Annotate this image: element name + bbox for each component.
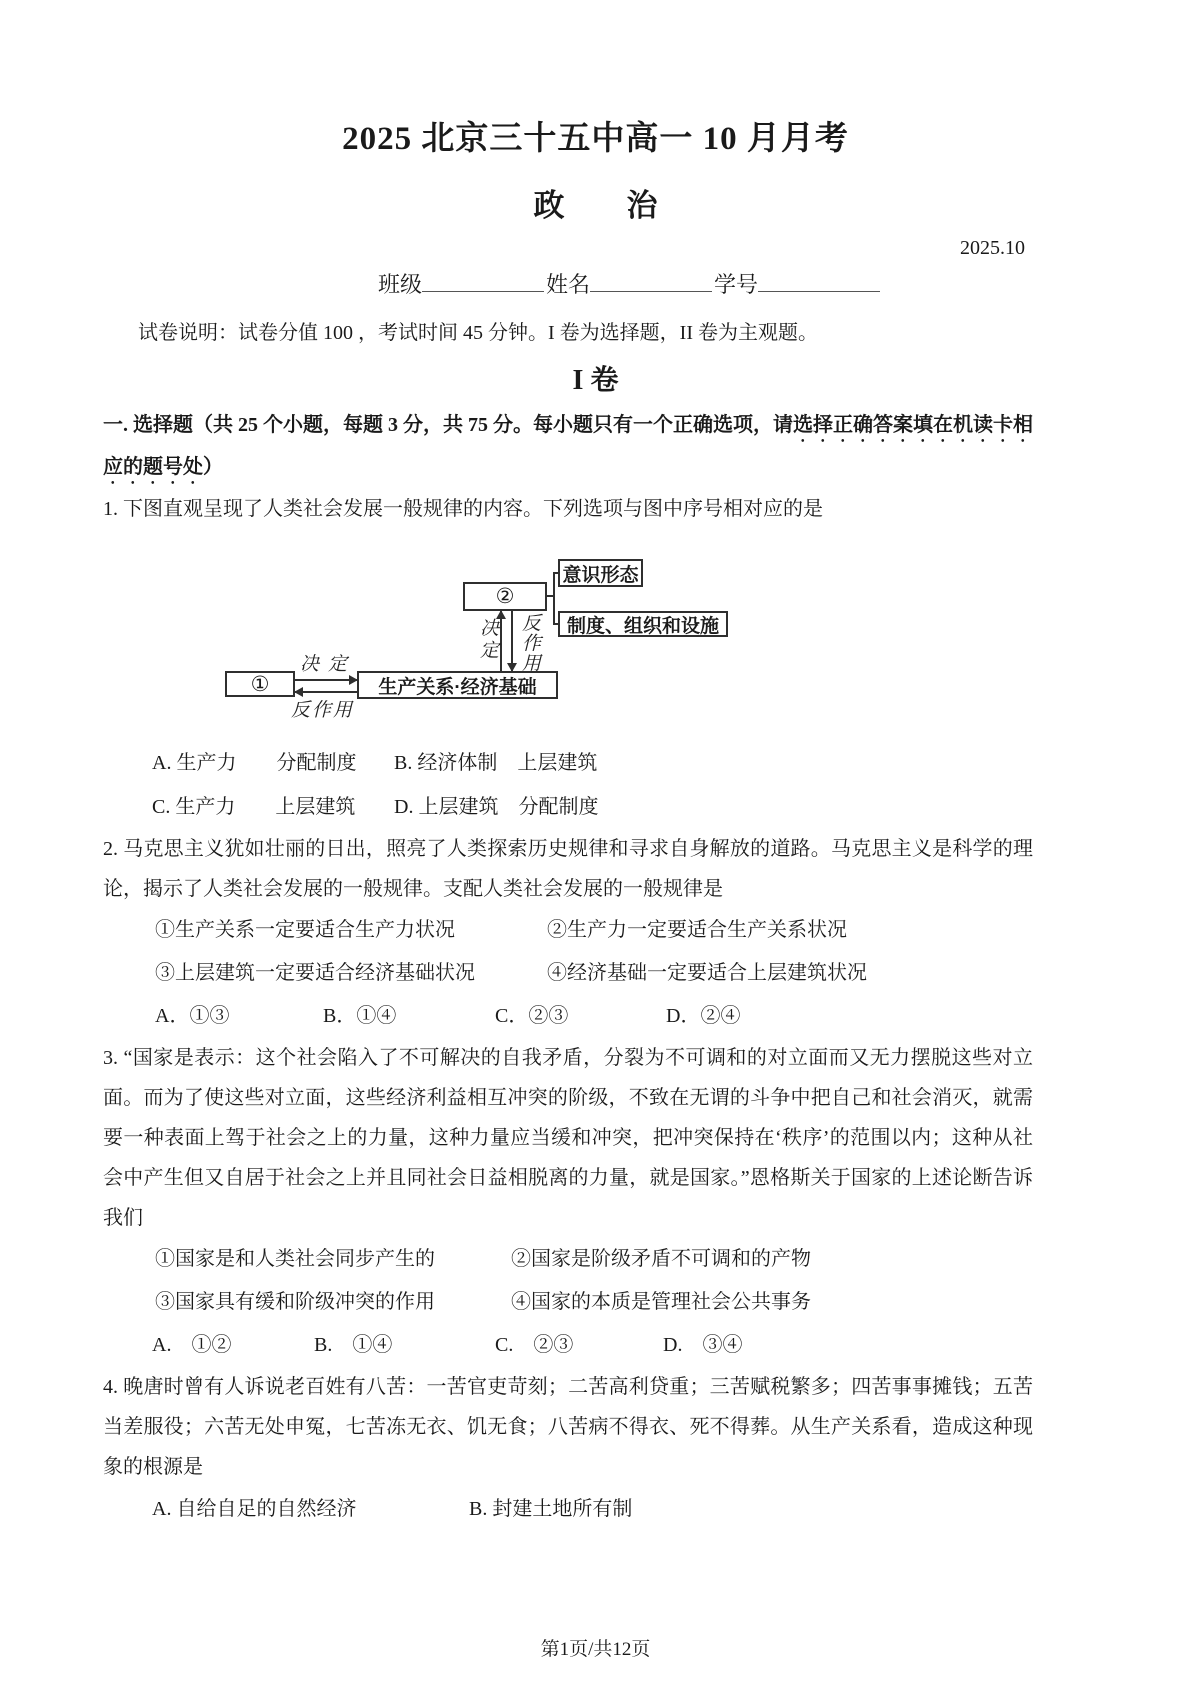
determine-label-horizontal: 决定 xyxy=(300,649,356,676)
name-blank[interactable] xyxy=(590,269,712,292)
question-2-statements-row-1: ①生产关系一定要适合生产力状况②生产力一定要适合生产关系状况 xyxy=(103,909,1033,952)
bracket-stub-top xyxy=(553,572,560,574)
q3-choice-c: C. ②③ xyxy=(495,1324,663,1367)
question-3-statements-row-2: ③国家具有缓和阶级冲突的作用④国家的本质是管理社会公共事务 xyxy=(103,1281,1033,1324)
diagram-node-economic-base: 生产关系·经济基础 xyxy=(357,671,558,699)
diagram-node-institutions: 制度、组织和设施 xyxy=(558,611,728,637)
id-label: 学号 xyxy=(714,268,758,299)
q3-choice-b: B. ①④ xyxy=(314,1324,495,1367)
q4-option-b: B. 封建土地所有制 xyxy=(469,1487,632,1531)
intro-text: 一. 选择题（共 25 个小题，每题 3 分，共 75 分。每小题只有一个正确选… xyxy=(103,414,793,436)
q3-statement-2: ②国家是阶级矛盾不可调和的产物 xyxy=(511,1238,811,1281)
q3-statement-1: ①国家是和人类社会同步产生的 xyxy=(155,1238,511,1281)
q1-option-c: C. 生产力 上层建筑 xyxy=(152,785,394,829)
class-blank[interactable] xyxy=(422,269,544,292)
counteract-down-arrow xyxy=(511,611,513,671)
question-2-stem: 2. 马克思主义犹如壮丽的日出，照亮了人类探索历史规律和寻求自身解放的道路。马克… xyxy=(103,829,1033,909)
exam-instructions: 试卷说明：试卷分值 100 ，考试时间 45 分钟。I 卷为选择题，II 卷为主… xyxy=(138,316,818,345)
exam-title: 2025 北京三十五中高一 10 月月考 xyxy=(0,112,1191,159)
question-2-choices: A．①③B．①④C．②③D．②④ xyxy=(103,995,1033,1038)
diagram-node-ideology: 意识形态 xyxy=(558,559,643,587)
q1-option-a: A. 生产力 分配制度 xyxy=(152,741,394,785)
intro-close-paren: ） xyxy=(203,456,223,478)
name-label: 姓名 xyxy=(546,268,590,299)
exam-subject: 政 治 xyxy=(0,180,1191,225)
question-1-options-row-1: A. 生产力 分配制度B. 经济体制 上层建筑 xyxy=(103,741,1033,785)
q2-choice-b: B．①④ xyxy=(323,995,495,1038)
exam-date: 2025.10 xyxy=(960,237,1025,260)
q3-choice-a: A. ①② xyxy=(152,1324,314,1367)
section1-intro: 一. 选择题（共 25 个小题，每题 3 分，共 75 分。每小题只有一个正确选… xyxy=(103,405,1033,489)
part1-heading: I 卷 xyxy=(0,358,1191,398)
counteract-label-vertical: 反作用 xyxy=(516,613,543,673)
q2-choice-c: C．②③ xyxy=(495,995,666,1038)
determine-label-vertical: 决定 xyxy=(474,618,501,662)
bracket-stub-bottom xyxy=(553,623,560,625)
q3-choice-d: D. ③④ xyxy=(663,1324,742,1367)
q2-choice-a: A．①③ xyxy=(155,995,323,1038)
counteract-left-arrow xyxy=(295,691,357,693)
diagram-node-circle-2: ② xyxy=(463,582,547,611)
question-1-options-row-2: C. 生产力 上层建筑D. 上层建筑 分配制度 xyxy=(103,785,1033,829)
exam-page: 2025 北京三十五中高一 10 月月考 政 治 2025.10 班级姓名学号 … xyxy=(0,0,1191,1684)
q4-option-a: A. 自给自足的自然经济 xyxy=(152,1487,469,1531)
question-4-stem: 4. 晚唐时曾有人诉说老百姓有八苦：一苦官吏苛刻；二苦高利贷重；三苦赋税繁多；四… xyxy=(103,1367,1033,1487)
question-3-statements-row-1: ①国家是和人类社会同步产生的②国家是阶级矛盾不可调和的产物 xyxy=(103,1238,1033,1281)
student-info-row: 班级姓名学号 xyxy=(378,268,882,299)
bracket-vertical-line xyxy=(553,572,555,625)
q2-statement-4: ④经济基础一定要适合上层建筑状况 xyxy=(547,952,867,995)
q2-statement-3: ③上层建筑一定要适合经济基础状况 xyxy=(155,952,547,995)
q3-statement-4: ④国家的本质是管理社会公共事务 xyxy=(511,1281,811,1324)
question-1-stem: 1. 下图直观呈现了人类社会发展一般规律的内容。下列选项与图中序号相对应的是 xyxy=(103,489,1033,529)
question-3-choices: A. ①②B. ①④C. ②③D. ③④ xyxy=(103,1324,1033,1367)
question-1-diagram: ① 生产关系·经济基础 ② 意识形态 制度、组织和设施 决定 反作用 决定 反作… xyxy=(103,529,1033,741)
q1-option-b: B. 经济体制 上层建筑 xyxy=(394,741,597,785)
question-2-statements-row-2: ③上层建筑一定要适合经济基础状况④经济基础一定要适合上层建筑状况 xyxy=(103,952,1033,995)
class-label: 班级 xyxy=(378,268,422,299)
determine-right-arrow xyxy=(295,679,357,681)
id-blank[interactable] xyxy=(758,269,880,292)
question-3-stem: 3. “国家是表示：这个社会陷入了不可解决的自我矛盾，分裂为不可调和的对立面而又… xyxy=(103,1038,1033,1238)
page-number: 第1页/共12页 xyxy=(0,1634,1191,1661)
q1-option-d: D. 上层建筑 分配制度 xyxy=(394,785,598,829)
questions-area: 一. 选择题（共 25 个小题，每题 3 分，共 75 分。每小题只有一个正确选… xyxy=(103,405,1033,1531)
counteract-label-horizontal: 反作用 xyxy=(291,695,354,722)
question-4-options-row: A. 自给自足的自然经济B. 封建土地所有制 xyxy=(103,1487,1033,1531)
q2-statement-2: ②生产力一定要适合生产关系状况 xyxy=(547,909,847,952)
q3-statement-3: ③国家具有缓和阶级冲突的作用 xyxy=(155,1281,511,1324)
q2-choice-d: D．②④ xyxy=(666,995,740,1038)
q2-statement-1: ①生产关系一定要适合生产力状况 xyxy=(155,909,547,952)
diagram-node-circle-1: ① xyxy=(225,671,295,697)
